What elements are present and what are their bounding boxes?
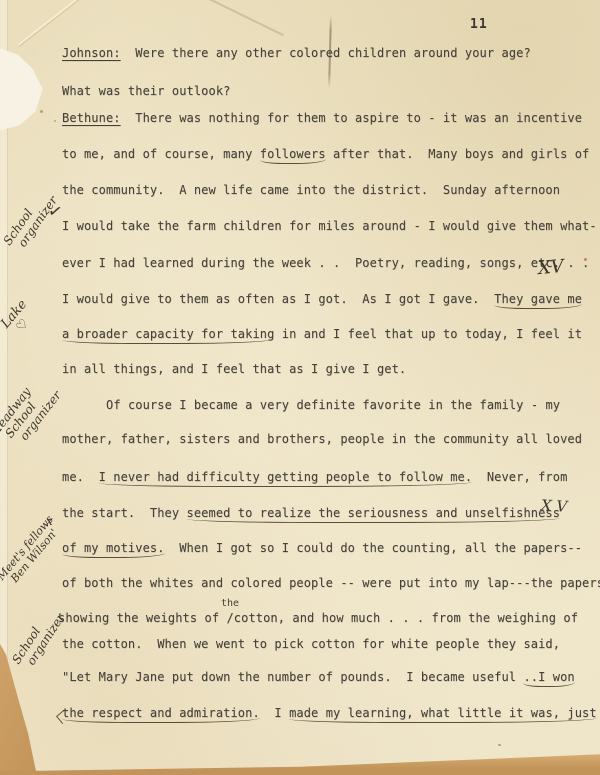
right-margin-mark: X V xyxy=(541,496,568,515)
scanned-page: 11 Johnson: Were there any other colored… xyxy=(0,0,600,775)
typescript-line: of my motives. When I got so I could do … xyxy=(62,541,582,556)
page-number: 11 xyxy=(470,17,488,32)
inserted-word: the xyxy=(221,598,239,609)
typed-text: in and I feel that up to today, I feel i… xyxy=(274,327,582,341)
typed-text: Never, from xyxy=(472,470,567,484)
typescript-line: the cotton. When we went to pick cotton … xyxy=(62,637,560,652)
underlined-text: the respect and admiration. xyxy=(62,706,260,723)
typed-text: the start. They xyxy=(62,506,187,520)
typescript-line: Of course I became a very definite favor… xyxy=(106,398,560,413)
typescript-line: I would take the farm children for miles… xyxy=(62,219,597,234)
typed-text: There was nothing for them to aspire to … xyxy=(121,111,582,125)
typed-text: the cotton. When we went to pick cotton … xyxy=(62,637,560,651)
underlined-text: followers xyxy=(260,147,326,164)
typescript-line: mother, father, sisters and brothers, pe… xyxy=(62,432,582,447)
typescript-line: I would give to them as often as I got. … xyxy=(62,292,582,307)
typed-text: "Let Mary Jane put down the number of po… xyxy=(62,670,523,684)
typed-text: after that. Many boys and girls of xyxy=(326,147,590,161)
underlined-text: I never had difficulty getting people to… xyxy=(99,470,473,487)
typescript-line: the respect and admiration. I made my le… xyxy=(62,706,597,721)
typed-text: the community. A new life came into the … xyxy=(62,183,560,197)
typed-text: of both the whites and colored people --… xyxy=(62,576,600,590)
underlined-text: Johnson: xyxy=(62,46,121,60)
underlined-text: a broader capacity for taking xyxy=(62,327,274,344)
typed-text: Of course I became a very definite favor… xyxy=(106,398,560,412)
x-mark: x xyxy=(46,514,53,528)
age-spot xyxy=(40,110,43,113)
typed-text: Were there any other colored children ar… xyxy=(121,46,531,60)
typescript-line: me. I never had difficulty getting peopl… xyxy=(62,470,567,485)
typed-text: to me, and of course, many xyxy=(62,147,260,161)
typescript-line: What was their outlook? xyxy=(62,84,230,99)
typescript-line: a broader capacity for taking in and I f… xyxy=(62,327,582,342)
typed-text: I would give to them as often as I got. … xyxy=(62,292,494,306)
typed-text: showing the weights of /cotton, and how … xyxy=(58,611,578,625)
typed-text: ever I had learned during the week . . P… xyxy=(62,256,589,270)
underlined-text: They gave me xyxy=(494,292,582,309)
age-spot xyxy=(498,744,501,746)
typed-text: I would take the farm children for miles… xyxy=(62,219,597,233)
typed-text: me. xyxy=(62,470,99,484)
typed-text: What was their outlook? xyxy=(62,84,230,98)
typescript-line: to me, and of course, many followers aft… xyxy=(62,147,589,162)
underlined-text: ..I won xyxy=(523,670,574,687)
typescript-line: ever I had learned during the week . . P… xyxy=(62,256,589,271)
typescript-line: the community. A new life came into the … xyxy=(62,183,560,198)
typed-text: in all things, and I feel that as I give… xyxy=(62,362,406,376)
typescript-line: Johnson: Were there any other colored ch… xyxy=(62,46,531,61)
age-spot xyxy=(54,120,56,122)
typed-text: mother, father, sisters and brothers, pe… xyxy=(62,432,582,446)
right-margin-mark: XV xyxy=(537,256,565,279)
typescript-line: showing the weights of /cotton, and how … xyxy=(58,611,578,626)
typescript-line: Bethune: There was nothing for them to a… xyxy=(62,111,582,126)
typed-text: When I got so I could do the counting, a… xyxy=(165,541,583,555)
underlined-text: seemed to realize the seriousness and un… xyxy=(187,506,561,523)
underlined-text: of my motives. xyxy=(62,541,165,558)
typescript-line: "Let Mary Jane put down the number of po… xyxy=(62,670,575,685)
underlined-text: Bethune: xyxy=(62,111,121,125)
typescript-line: the start. They seemed to realize the se… xyxy=(62,506,560,521)
typescript-line: in all things, and I feel that as I give… xyxy=(62,362,406,377)
typed-text: I xyxy=(260,706,289,720)
underlined-text: made my learning, what little it was, ju… xyxy=(289,706,597,723)
typescript-line: of both the whites and colored people --… xyxy=(62,576,600,591)
